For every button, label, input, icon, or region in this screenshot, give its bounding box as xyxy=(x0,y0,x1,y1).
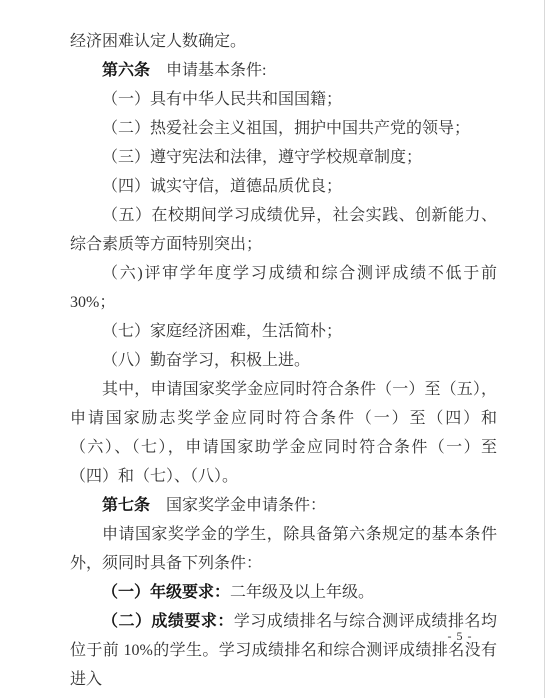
page-number: - 5 - xyxy=(429,627,491,645)
document-body: 经济困难认定人数确定。 第六条 申请基本条件: （一）具有中华人民共和国国籍； … xyxy=(70,27,497,694)
paragraph-text: 申请国家奖学金的学生，除具备第六条规定的基本条件外，须同时具备下列条件： xyxy=(70,526,497,572)
requirement-grade: （一）年级要求：二年级及以上年级。 xyxy=(70,578,497,607)
article-7-title: 国家奖学金申请条件： xyxy=(150,497,326,514)
paragraph-text: （四）诚实守信，道德品质优良； xyxy=(102,178,342,195)
article-7-heading: 第七条 国家奖学金申请条件： xyxy=(70,491,497,520)
paragraph-text: 经济困难认定人数确定。 xyxy=(70,33,246,50)
article-6-title: 申请基本条件: xyxy=(150,62,266,79)
requirement-grade-label: （一）年级要求： xyxy=(102,584,230,601)
paragraph-text: （二）热爱社会主义祖国，拥护中国共产党的领导； xyxy=(102,120,470,137)
condition-8: （八）勤奋学习，积极上进。 xyxy=(70,346,497,375)
article-7-number: 第七条 xyxy=(102,497,150,514)
requirement-score-label: （二）成绩要求： xyxy=(102,613,234,630)
condition-3: （三）遵守宪法和法律，遵守学校规章制度； xyxy=(70,143,497,172)
paragraph-conditions-summary: 其中，申请国家奖学金应同时符合条件（一）至（五），申请国家励志奖学金应同时符合条… xyxy=(70,375,497,491)
requirement-grade-text: 二年级及以上年级。 xyxy=(230,584,374,601)
condition-6: （六)评审学年度学习成绩和综合测评成绩不低于前 30%； xyxy=(70,259,497,317)
paragraph-continuation: 经济困难认定人数确定。 xyxy=(70,27,497,56)
paragraph-text: （三）遵守宪法和法律，遵守学校规章制度； xyxy=(102,149,422,166)
paragraph-text: （八）勤奋学习，积极上进。 xyxy=(102,352,310,369)
document-page: 经济困难认定人数确定。 第六条 申请基本条件: （一）具有中华人民共和国国籍； … xyxy=(0,0,547,698)
paragraph-text: （五）在校期间学习成绩优异，社会实践、创新能力、综合素质等方面特别突出； xyxy=(70,207,497,253)
condition-5: （五）在校期间学习成绩优异，社会实践、创新能力、综合素质等方面特别突出； xyxy=(70,201,497,259)
paragraph-text: （七）家庭经济困难，生活简朴； xyxy=(102,323,342,340)
article-6-number: 第六条 xyxy=(102,62,150,79)
requirement-score: （二）成绩要求：学习成绩排名与综合测评成绩排名均位于前 10%的学生。学习成绩排… xyxy=(70,607,497,694)
condition-7: （七）家庭经济困难，生活简朴； xyxy=(70,317,497,346)
condition-4: （四）诚实守信，道德品质优良； xyxy=(70,172,497,201)
paragraph-text: 其中，申请国家奖学金应同时符合条件（一）至（五），申请国家励志奖学金应同时符合条… xyxy=(70,381,497,485)
paragraph-text: （六)评审学年度学习成绩和综合测评成绩不低于前 30%； xyxy=(70,265,497,311)
page-right-edge-line xyxy=(544,0,545,698)
condition-1: （一）具有中华人民共和国国籍； xyxy=(70,85,497,114)
paragraph-text: （一）具有中华人民共和国国籍； xyxy=(102,91,342,108)
paragraph-article-7-intro: 申请国家奖学金的学生，除具备第六条规定的基本条件外，须同时具备下列条件： xyxy=(70,520,497,578)
article-6-heading: 第六条 申请基本条件: xyxy=(70,56,497,85)
condition-2: （二）热爱社会主义祖国，拥护中国共产党的领导； xyxy=(70,114,497,143)
